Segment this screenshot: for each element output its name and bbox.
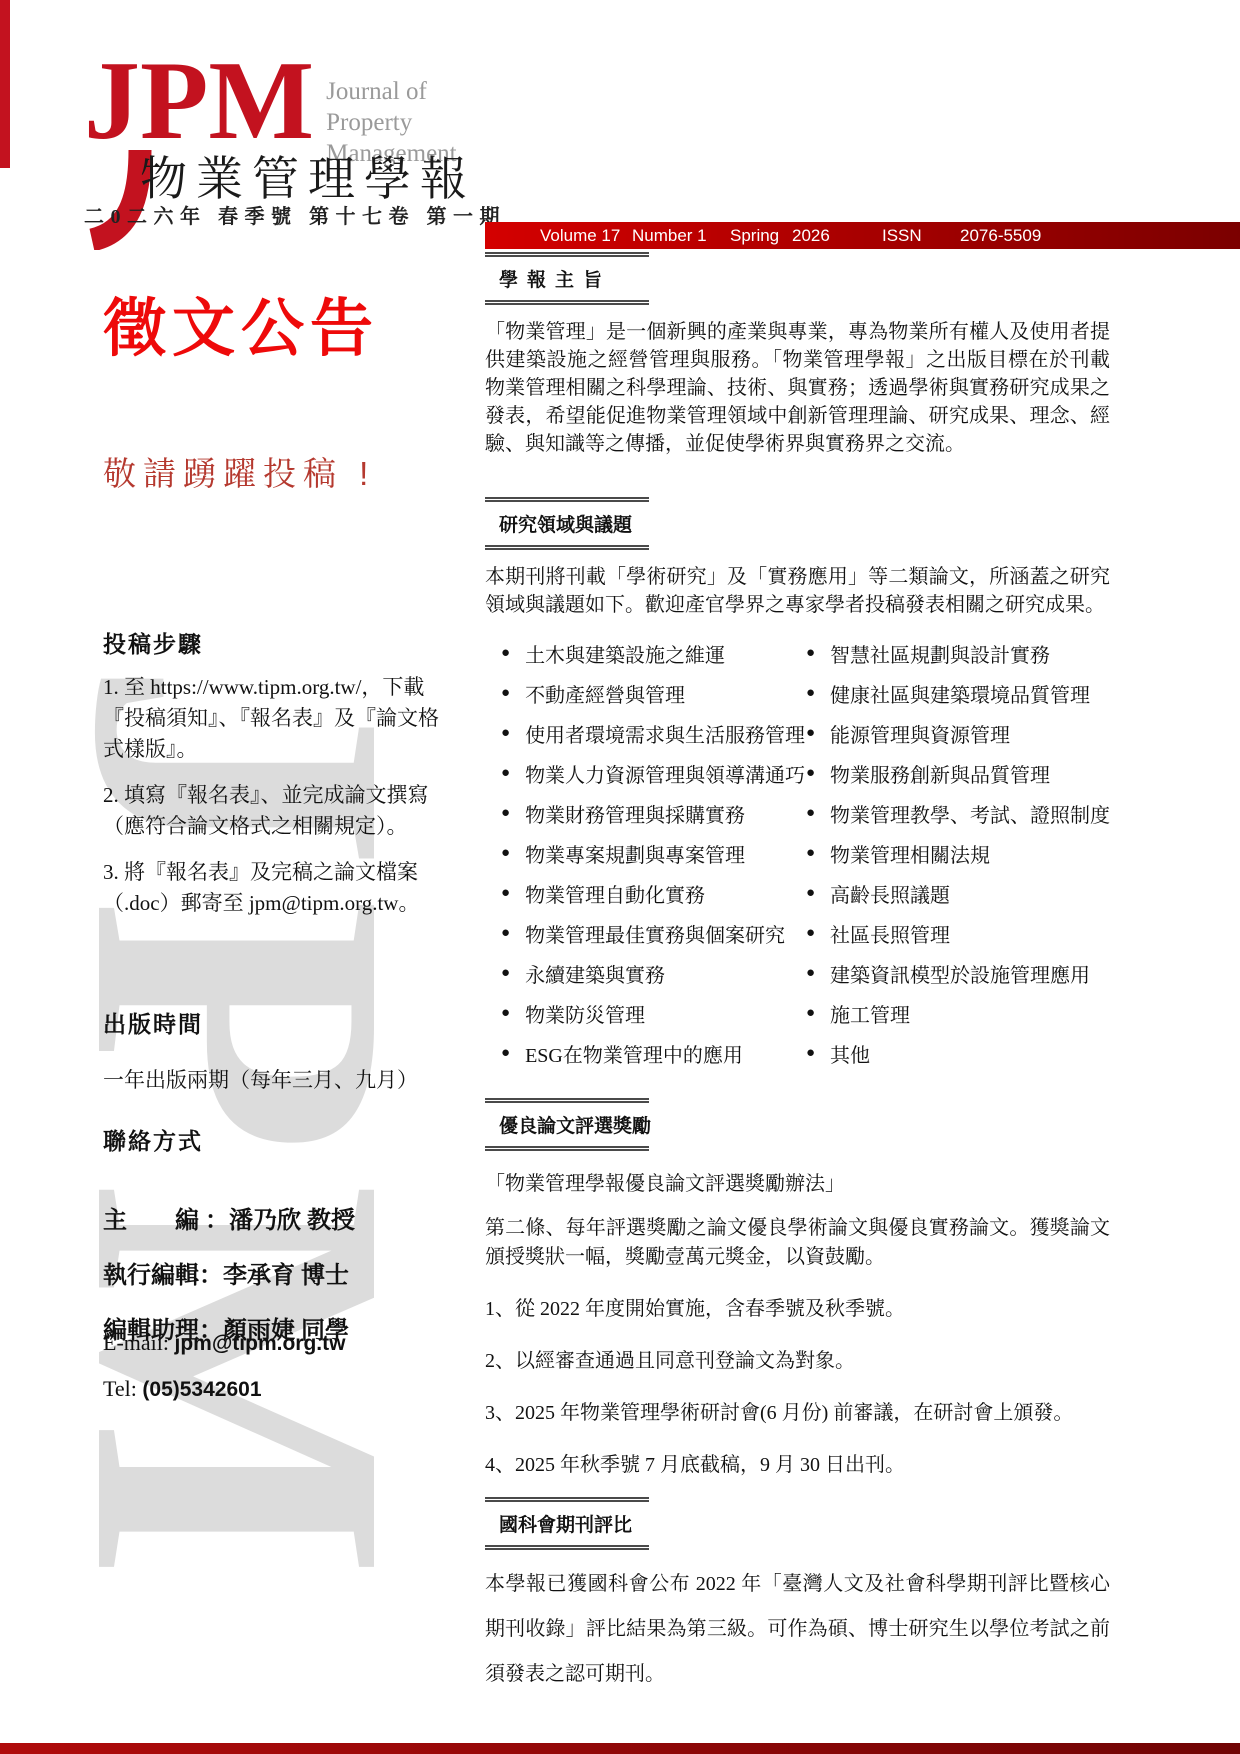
award-item: 3、2025 年物業管理學術研討會(6 月份) 前審議，在研討會上頒發。 (485, 1398, 1110, 1428)
banner-season: Spring (730, 226, 779, 246)
topic-item: ●物業管理相關法規 (806, 833, 1110, 873)
topic-item: ●物業服務創新與品質管理 (806, 753, 1110, 793)
contact-heading: 聯絡方式 (103, 1123, 203, 1156)
submission-step: 3. 將『報名表』及完稿之論文檔案（.doc）郵寄至 jpm@tipm.org.… (103, 857, 448, 919)
topic-label: 物業人力資源管理與領導溝通巧 (525, 759, 805, 788)
award-policy-body: 第二條、每年評選獎勵之論文優良學術論文與優良實務論文。獲獎論文頒授獎狀一幅，獎勵… (485, 1214, 1110, 1272)
topic-label: 永續建築與實務 (525, 959, 665, 988)
scope-heading: 研究領域與議題 (485, 497, 649, 550)
topic-item: ●高齡長照議題 (806, 873, 1110, 913)
left-edge-red-strip (0, 0, 10, 168)
bullet-icon: ● (806, 686, 815, 701)
topic-item: ●物業人力資源管理與領導溝通巧 (501, 753, 806, 793)
bullet-icon: ● (501, 806, 510, 821)
award-heading: 優良論文評選獎勵 (485, 1098, 649, 1151)
topic-label: 土木與建築設施之維運 (525, 639, 725, 668)
topic-item: ●物業管理教學、考試、證照制度 (806, 793, 1110, 833)
email-label: E-mail: (103, 1330, 169, 1355)
topic-item: ●施工管理 (806, 993, 1110, 1033)
bullet-icon: ● (501, 766, 510, 781)
topic-item: ●建築資訊模型於設施管理應用 (806, 953, 1110, 993)
topic-item: ●物業管理最佳實務與個案研究 (501, 913, 806, 953)
banner-issn-value: 2076-5509 (960, 226, 1041, 246)
topic-label: 物業專案規劃與專案管理 (525, 839, 745, 868)
topic-item: ●物業管理自動化實務 (501, 873, 806, 913)
submission-step: 1. 至 https://www.tipm.org.tw/，下載『投稿須知』、『… (103, 672, 448, 765)
topic-item: ●智慧社區規劃與設計實務 (806, 633, 1110, 673)
issue-line: 二0二六年 春季號 第十七卷 第一期 (84, 200, 506, 229)
bullet-icon: ● (806, 726, 815, 741)
banner-issn-label: ISSN (882, 226, 922, 246)
topic-item: ●其他 (806, 1033, 1110, 1073)
award-items-list: 1、從 2022 年度開始實施，含春季號及秋季號。 2、以經審查通過且同意刊登論… (485, 1294, 1110, 1480)
topic-label: 能源管理與資源管理 (830, 719, 1010, 748)
topic-item: ●土木與建築設施之維運 (501, 633, 806, 673)
bullet-icon: ● (501, 686, 510, 701)
topic-label: ESG在物業管理中的應用 (525, 1039, 743, 1068)
topic-item: ●物業專案規劃與專案管理 (501, 833, 806, 873)
topic-label: 物業管理自動化實務 (525, 879, 705, 908)
section-ranking: 國科會期刊評比 本學報已獲國科會公布 2022 年「臺灣人文及社會科學期刊評比暨… (485, 1497, 1110, 1697)
award-item: 2、以經審查通過且同意刊登論文為對象。 (485, 1346, 1110, 1376)
bullet-icon: ● (806, 646, 815, 661)
topic-item: ●不動產經營與管理 (501, 673, 806, 713)
topics-columns: ●土木與建築設施之維運 ●不動產經營與管理 ●使用者環境需求與生活服務管理 ●物… (485, 633, 1110, 1073)
ranking-heading: 國科會期刊評比 (485, 1497, 649, 1550)
masthead: JPM Journal of Property Management 物業管理學… (84, 50, 457, 169)
bullet-icon: ● (501, 1046, 510, 1061)
topic-label: 施工管理 (830, 999, 910, 1028)
topic-item: ●永續建築與實務 (501, 953, 806, 993)
left-column: 徵文公告 敬請踴躍投稿 ! 投稿步驟 1. 至 https://www.tipm… (103, 278, 448, 1438)
topic-label: 物業管理教學、考試、證照制度 (830, 799, 1110, 828)
topic-label: 社區長照管理 (830, 919, 950, 948)
banner-number: Number 1 (632, 226, 707, 246)
bullet-icon: ● (501, 646, 510, 661)
topic-item: ●健康社區與建築環境品質管理 (806, 673, 1110, 713)
submission-steps-heading: 投稿步驟 (103, 626, 203, 659)
bullet-icon: ● (501, 1006, 510, 1021)
bullet-icon: ● (806, 1006, 815, 1021)
email-value[interactable]: jpm@tipm.org.tw (174, 1332, 345, 1355)
award-policy-title: 「物業管理學報優良論文評選獎勵辦法」 (485, 1167, 1110, 1196)
topic-label: 智慧社區規劃與設計實務 (830, 639, 1050, 668)
topic-label: 物業財務管理與採購實務 (525, 799, 745, 828)
scope-intro: 本期刊將刊載「學術研究」及「實務應用」等二類論文，所涵蓋之研究領域與議題如下。歡… (485, 563, 1110, 619)
bullet-icon: ● (806, 886, 815, 901)
topic-label: 高齡長照議題 (830, 879, 950, 908)
topic-item: ●使用者環境需求與生活服務管理 (501, 713, 806, 753)
bullet-icon: ● (806, 806, 815, 821)
bullet-icon: ● (501, 926, 510, 941)
tel-label: Tel: (103, 1376, 137, 1401)
topic-item: ●社區長照管理 (806, 913, 1110, 953)
journal-announcement-page: JPM JPM Journal of Property Management 物… (0, 0, 1240, 1754)
bullet-icon: ● (806, 1046, 815, 1061)
topic-label: 健康社區與建築環境品質管理 (830, 679, 1090, 708)
bullet-icon: ● (501, 886, 510, 901)
invitation-text: 敬請踴躍投稿 ! (103, 448, 375, 495)
ranking-body: 本學報已獲國科會公布 2022 年「臺灣人文及社會科學期刊評比暨核心期刊收錄」評… (485, 1562, 1110, 1697)
topic-label: 物業管理相關法規 (830, 839, 990, 868)
topic-label: 使用者環境需求與生活服務管理 (525, 719, 805, 748)
publication-time-heading: 出版時間 (103, 1006, 203, 1039)
bullet-icon: ● (501, 966, 510, 981)
publication-time-text: 一年出版兩期（每年三月、九月） (103, 1064, 418, 1094)
topics-right-list: ●智慧社區規劃與設計實務 ●健康社區與建築環境品質管理 ●能源管理與資源管理 ●… (806, 633, 1110, 1073)
banner-year: 2026 (792, 226, 830, 246)
topic-label: 建築資訊模型於設施管理應用 (830, 959, 1090, 988)
section-aims: 學報主旨 「物業管理」是一個新興的產業與專業，專為物業所有權人及使用者提供建築設… (485, 252, 1110, 458)
bullet-icon: ● (806, 846, 815, 861)
section-award: 優良論文評選獎勵 「物業管理學報優良論文評選獎勵辦法」 第二條、每年評選獎勵之論… (485, 1098, 1110, 1502)
topic-label: 不動產經營與管理 (525, 679, 685, 708)
bullet-icon: ● (501, 726, 510, 741)
tel-row: Tel: (05)5342601 (103, 1376, 262, 1402)
bullet-icon: ● (806, 766, 815, 781)
bullet-icon: ● (806, 926, 815, 941)
submission-step: 2. 填寫『報名表』、並完成論文撰寫（應符合論文格式之相關規定）。 (103, 780, 448, 842)
contact-row: 主 編 ：潘乃欣 教授 (103, 1200, 448, 1235)
topic-item: ●物業財務管理與採購實務 (501, 793, 806, 833)
bottom-red-bar (0, 1743, 1240, 1754)
topic-item: ●ESG在物業管理中的應用 (501, 1033, 806, 1073)
topic-label: 其他 (830, 1039, 870, 1068)
topics-left-list: ●土木與建築設施之維運 ●不動產經營與管理 ●使用者環境需求與生活服務管理 ●物… (485, 633, 806, 1073)
aims-body: 「物業管理」是一個新興的產業與專業，專為物業所有權人及使用者提供建築設施之經營管… (485, 318, 1110, 458)
email-row: E-mail: jpm@tipm.org.tw (103, 1330, 345, 1356)
banner-volume: Volume 17 (540, 226, 620, 246)
aims-heading: 學報主旨 (485, 252, 649, 305)
journal-name-chinese: 物業管理學報 (140, 142, 476, 209)
topic-item: ●能源管理與資源管理 (806, 713, 1110, 753)
topic-label: 物業防災管理 (525, 999, 645, 1028)
jpm-logo: JPM (84, 50, 314, 153)
bullet-icon: ● (501, 846, 510, 861)
section-scope: 研究領域與議題 本期刊將刊載「學術研究」及「實務應用」等二類論文，所涵蓋之研究領… (485, 497, 1110, 1073)
award-item: 1、從 2022 年度開始實施，含春季號及秋季號。 (485, 1294, 1110, 1324)
award-item: 4、2025 年秋季號 7 月底截稿，9 月 30 日出刊。 (485, 1450, 1110, 1480)
topic-label: 物業服務創新與品質管理 (830, 759, 1050, 788)
call-for-papers-title: 徵文公告 (103, 278, 379, 369)
issue-banner: Volume 17 Number 1 Spring 2026 ISSN 2076… (485, 222, 1240, 249)
bullet-icon: ● (806, 966, 815, 981)
right-column: 學報主旨 「物業管理」是一個新興的產業與專業，專為物業所有權人及使用者提供建築設… (485, 252, 1110, 1712)
submission-steps-list: 1. 至 https://www.tipm.org.tw/，下載『投稿須知』、『… (103, 672, 448, 934)
contact-row: 執行編輯：李承育 博士 (103, 1255, 448, 1290)
tel-value: (05)5342601 (142, 1378, 261, 1401)
topic-item: ●物業防災管理 (501, 993, 806, 1033)
topic-label: 物業管理最佳實務與個案研究 (525, 919, 785, 948)
